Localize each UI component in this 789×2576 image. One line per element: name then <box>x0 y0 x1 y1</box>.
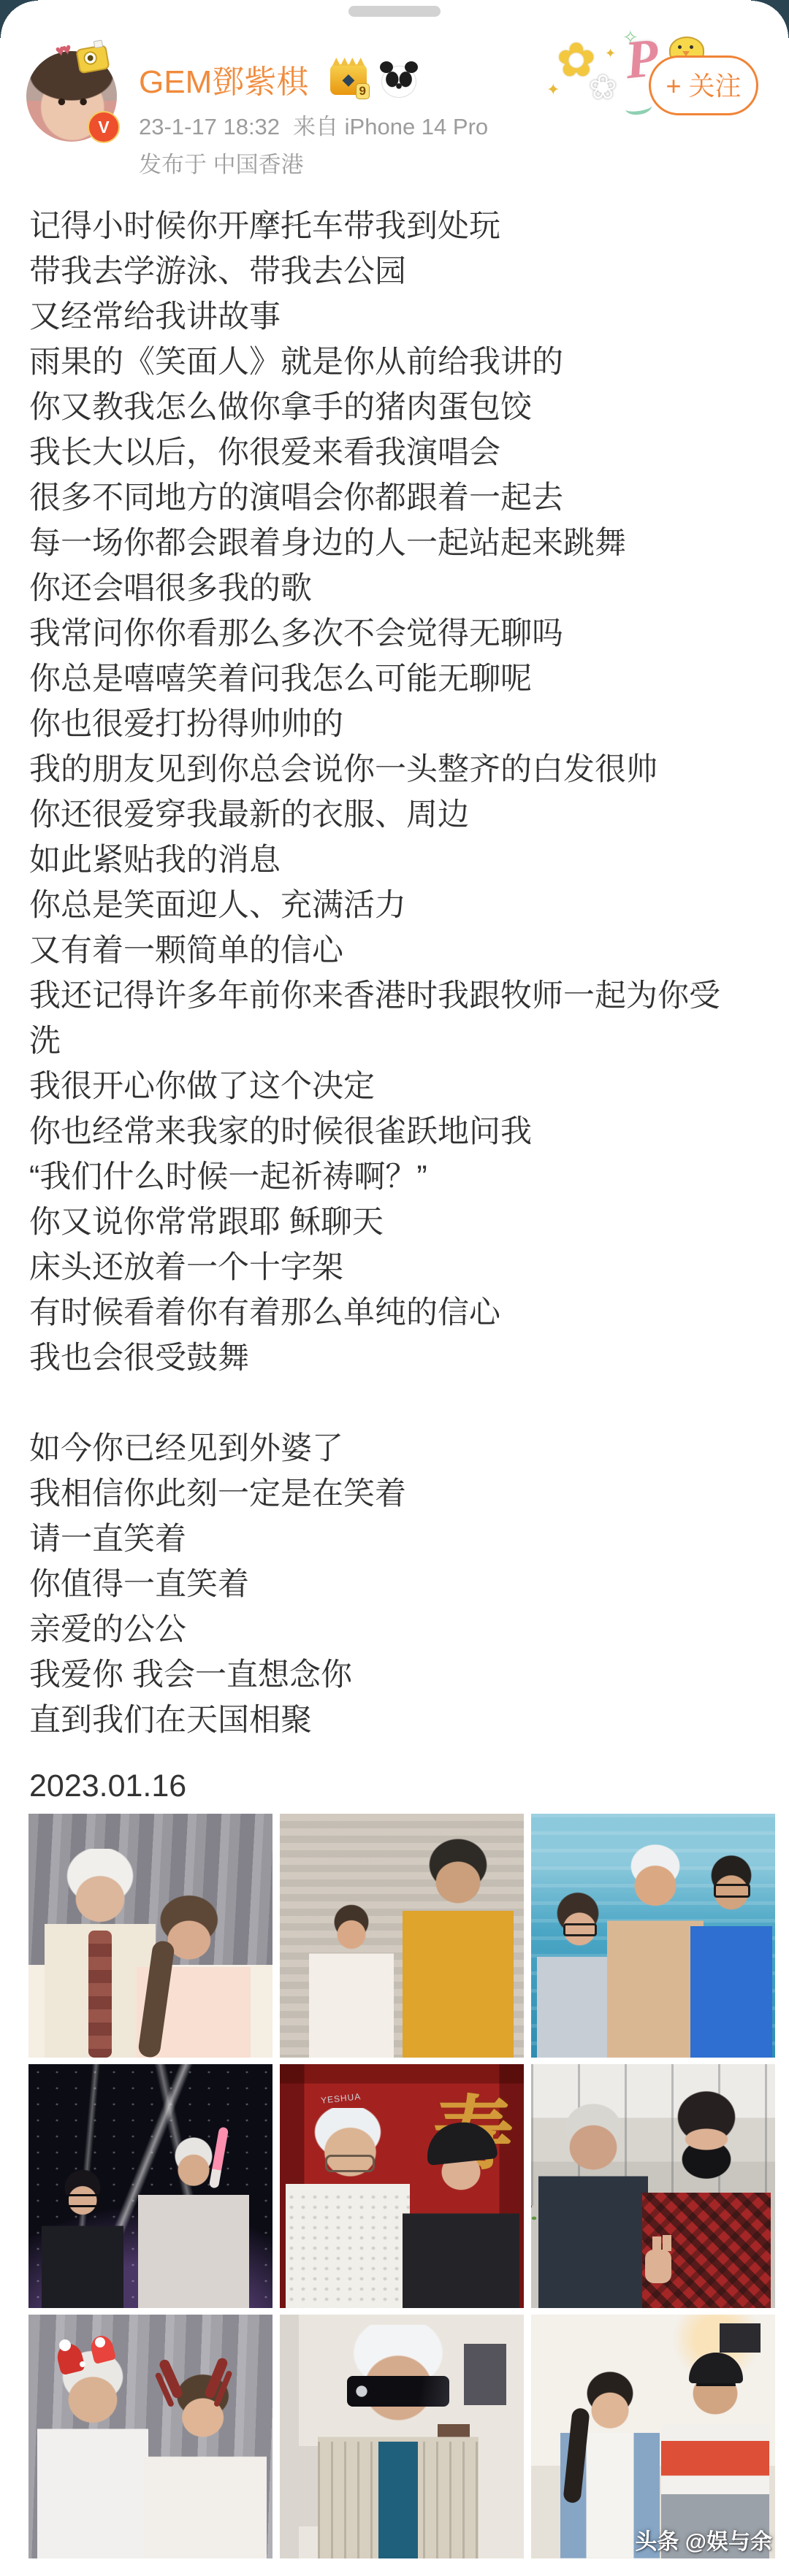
screen-corner-left <box>0 0 38 38</box>
weibo-post-page: ♥♥ V GEM鄧紫棋 ◆ 9 23-1-17 18:32来自 iPhone 1… <box>0 0 789 2576</box>
post-line: 带我去学游泳、带我去公园 <box>29 249 749 294</box>
post-line: 请一直笑着 <box>29 1517 749 1562</box>
post-line: 你又说你常常跟耶 稣聊天 <box>29 1200 749 1245</box>
screen-corner-right <box>751 0 789 38</box>
grandfather-jacket-figure <box>538 2102 648 2308</box>
post-line: 我相信你此刻一定是在笑着 <box>29 1471 749 1517</box>
post-line: “我们什么时候一起祈祷啊？” <box>29 1154 749 1200</box>
source-device[interactable]: 来自 iPhone 14 Pro <box>293 114 488 139</box>
post-line: 你还会唱很多我的歌 <box>29 566 749 611</box>
vip-diamond-icon: ◆ <box>343 72 355 88</box>
post-text: 记得小时候你开摩托车带我到处玩带我去学游泳、带我去公园又经常给我讲故事雨果的《笑… <box>29 204 749 1743</box>
photo-grandfather-and-gem-sofa[interactable] <box>28 1814 272 2058</box>
follow-button[interactable]: + 关注 <box>649 55 758 115</box>
photo-festive-selfie-red-banner[interactable]: 寿 YESHUA <box>280 2064 524 2308</box>
baby-figure <box>309 1900 394 2058</box>
post-line: 你总是笑面迎人、充满活力 <box>29 883 749 928</box>
panda-badge-icon <box>381 66 416 98</box>
post-line: 如今你已经见到外婆了 <box>29 1426 749 1471</box>
post-line: 你值得一直笑着 <box>29 1562 749 1607</box>
hearts-sticker-icon: ♥♥ <box>53 39 70 61</box>
post-line: 床头还放着一个十字架 <box>29 1245 749 1290</box>
user-avatar[interactable]: ♥♥ V <box>26 51 117 142</box>
post-line: 记得小时候你开摩托车带我到处玩 <box>29 204 749 249</box>
post-line: 我还记得许多年前你来香港时我跟牧师一起为你受洗 <box>29 973 749 1064</box>
camera-sticker-icon <box>75 45 110 74</box>
man-blue-shirt-figure <box>690 1846 772 2058</box>
photo-grid: 寿 YESHUA 头条 @娱与余 <box>28 1814 775 2558</box>
photo-concert-crowd-glowstick[interactable] <box>28 2064 272 2308</box>
vip-crown-level-badge-icon: ◆ 9 <box>330 64 367 95</box>
post-line: 又经常给我讲故事 <box>29 294 749 340</box>
photo-christmas-headbands-selfie[interactable] <box>28 2315 272 2558</box>
photo-market-masked-selfie[interactable] <box>531 2064 775 2308</box>
vip-level-number: 9 <box>356 83 370 99</box>
verified-badge-icon: V <box>88 111 120 143</box>
watermark: 头条 @娱与余 <box>635 2523 772 2556</box>
post-line: 你也很爱打扮得帅帅的 <box>29 702 749 747</box>
sparkle-icon: ✦ <box>546 82 560 98</box>
leaf-sticker-icon <box>625 99 652 117</box>
post-line: 我的朋友见到你总会说你一头整齐的白发很帅 <box>29 747 749 792</box>
grandfather-visor-figure <box>318 2325 479 2558</box>
post-line: 你还很爱穿我最新的衣服、周边 <box>29 792 749 837</box>
gem-figure <box>137 1890 251 2058</box>
post-meta-line: 23-1-17 18:32来自 iPhone 14 Pro <box>139 108 488 141</box>
decor-letter-p: P <box>622 31 661 88</box>
post-location: 发布于 中国香港 <box>139 146 304 179</box>
gem-mask-scarf-figure <box>642 2086 771 2308</box>
photo-swimming-pool-family[interactable] <box>531 1814 775 2058</box>
man-yellow-shirt-figure <box>403 1839 514 2058</box>
post-line: 我很开心你做了这个决定 <box>29 1064 749 1109</box>
grandfather-santa-headband-figure <box>37 2350 148 2558</box>
post-line: 直到我们在天国相聚 <box>29 1698 749 1743</box>
timestamp: 23-1-17 18:32 <box>139 114 280 139</box>
post-line: 你又教我怎么做你拿手的猪肉蛋包饺 <box>29 385 749 430</box>
post-line: 你也经常来我家的时候很雀跃地问我 <box>29 1109 749 1154</box>
cap-text: YESHUA <box>320 2091 362 2106</box>
woman-glasses-figure <box>42 2166 123 2308</box>
grandfather-with-glowstick-figure <box>138 2131 249 2308</box>
gem-black-cap-figure <box>403 2111 519 2308</box>
post-line: 你总是嘻嘻笑着问我怎么可能无聊呢 <box>29 656 749 702</box>
post-line: 我常问你你看那么多次不会觉得无聊吗 <box>29 611 749 656</box>
post-line: 每一场你都会跟着身边的人一起站起来跳舞 <box>29 521 749 566</box>
photo-gem-denim-grandfather-polo[interactable] <box>531 2315 775 2558</box>
post-line <box>29 1381 749 1426</box>
post-line: 我爱你 我会一直想念你 <box>29 1652 749 1698</box>
camera-notch-pill <box>348 6 441 17</box>
post-line: 雨果的《笑面人》就是你从前给我讲的 <box>29 340 749 385</box>
post-date: 2023.01.16 <box>29 1768 186 1804</box>
post-line: 我也会很受鼓舞 <box>29 1335 749 1381</box>
post-header: ♥♥ V GEM鄧紫棋 ◆ 9 23-1-17 18:32来自 iPhone 1… <box>0 0 789 197</box>
post-line: 又有着一颗简单的信心 <box>29 928 749 973</box>
username[interactable]: GEM鄧紫棋 <box>139 55 308 102</box>
grandfather-figure <box>607 1840 704 2058</box>
grandfather-glasses-figure <box>286 2108 410 2308</box>
sparkle-icon: ✦ <box>605 47 616 60</box>
post-line: 很多不同地方的演唱会你都跟着一起去 <box>29 475 749 521</box>
post-line: 我长大以后，你很爱来看我演唱会 <box>29 430 749 475</box>
photo-grandfather-visor-glasses[interactable] <box>280 2315 524 2558</box>
white-flower-sticker-icon: ❀ <box>589 70 617 104</box>
post-line: 如此紧贴我的消息 <box>29 837 749 883</box>
photo-baby-gem-vintage[interactable] <box>280 1814 524 2058</box>
gem-reindeer-antlers-figure <box>144 2363 267 2558</box>
post-line: 亲爱的公公 <box>29 1607 749 1652</box>
post-line: 有时候看着你有着那么单纯的信心 <box>29 1290 749 1335</box>
